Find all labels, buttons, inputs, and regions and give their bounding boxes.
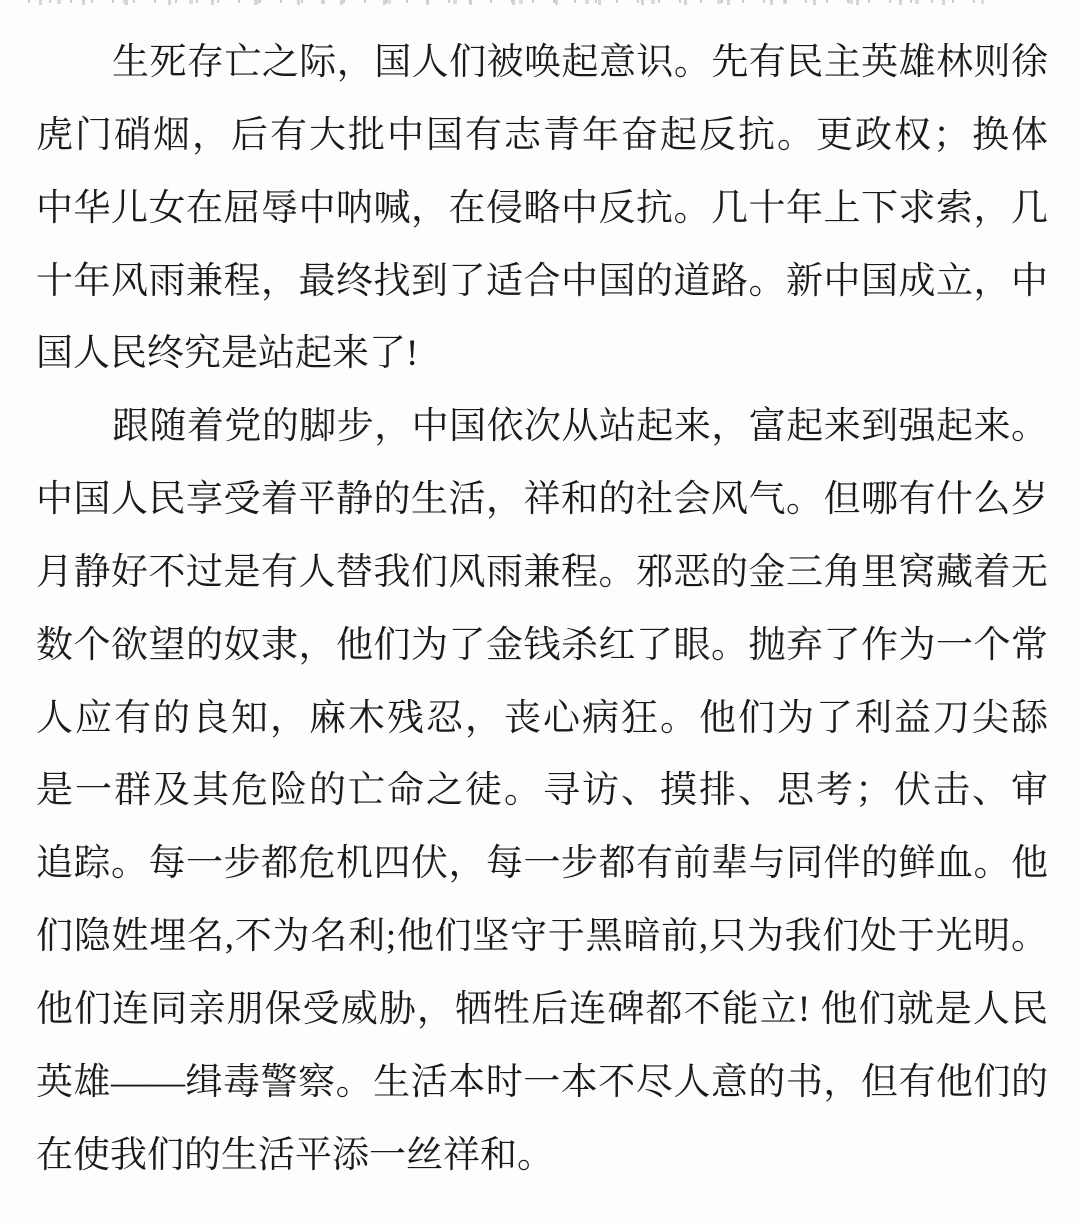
text-line: 人应有的良知，麻木残忍，丧心病狂。他们为了利益刀尖舔血， [36,683,1048,756]
text-line: 中华儿女在屈辱中呐喊，在侵略中反抗。几十年上下求索，几 [36,173,1048,246]
text-line: 数个欲望的奴隶，他们为了金钱杀红了眼。抛弃了作为一个常 [36,610,1048,683]
text-line: 虎门硝烟，后有大批中国有志青年奋起反抗。更政权；换体制。 [36,100,1048,173]
document-page: 生死存亡之际，国人们被唤起意识。先有民主英雄林则徐 虎门硝烟，后有大批中国有志青… [0,0,1080,1225]
paragraph-1: 生死存亡之际，国人们被唤起意识。先有民主英雄林则徐 虎门硝烟，后有大批中国有志青… [36,27,1048,391]
text-line: 中国人民享受着平静的生活，祥和的社会风气。但哪有什么岁 [36,464,1048,537]
text-line: 十年风雨兼程，最终找到了适合中国的道路。新中国成立，中 [36,246,1048,319]
text-line: 英雄——缉毒警察。生活本时一本不尽人意的书，但有他们的存 [36,1047,1048,1120]
text-line: 追踪。每一步都危机四伏，每一步都有前辈与同伴的鲜血。他 [36,828,1048,901]
paragraph-2: 跟随着党的脚步，中国依次从站起来，富起来到强起来。 中国人民享受着平静的生活，祥… [36,391,1048,1192]
text-line: 国人民终究是站起来了! [36,318,1048,391]
text-line: 他们连同亲朋保受威胁，牺牲后连碑都不能立! 他们就是人民 [36,974,1048,1047]
text-line: 在使我们的生活平添一丝祥和。 [36,1120,1048,1193]
text-line: 生死存亡之际，国人们被唤起意识。先有民主英雄林则徐 [36,27,1048,100]
text-line: 是一群及其危险的亡命之徒。寻访、摸排、思考；伏击、审讯、 [36,755,1048,828]
essay-body: 生死存亡之际，国人们被唤起意识。先有民主英雄林则徐 虎门硝烟，后有大批中国有志青… [36,27,1048,1193]
text-line: 跟随着党的脚步，中国依次从站起来，富起来到强起来。 [36,391,1048,464]
text-line: 们隐姓埋名,不为名利;他们坚守于黑暗前,只为我们处于光明。 [36,901,1048,974]
text-line: 月静好不过是有人替我们风雨兼程。邪恶的金三角里窝藏着无 [36,537,1048,610]
cropped-previous-line [28,0,984,5]
